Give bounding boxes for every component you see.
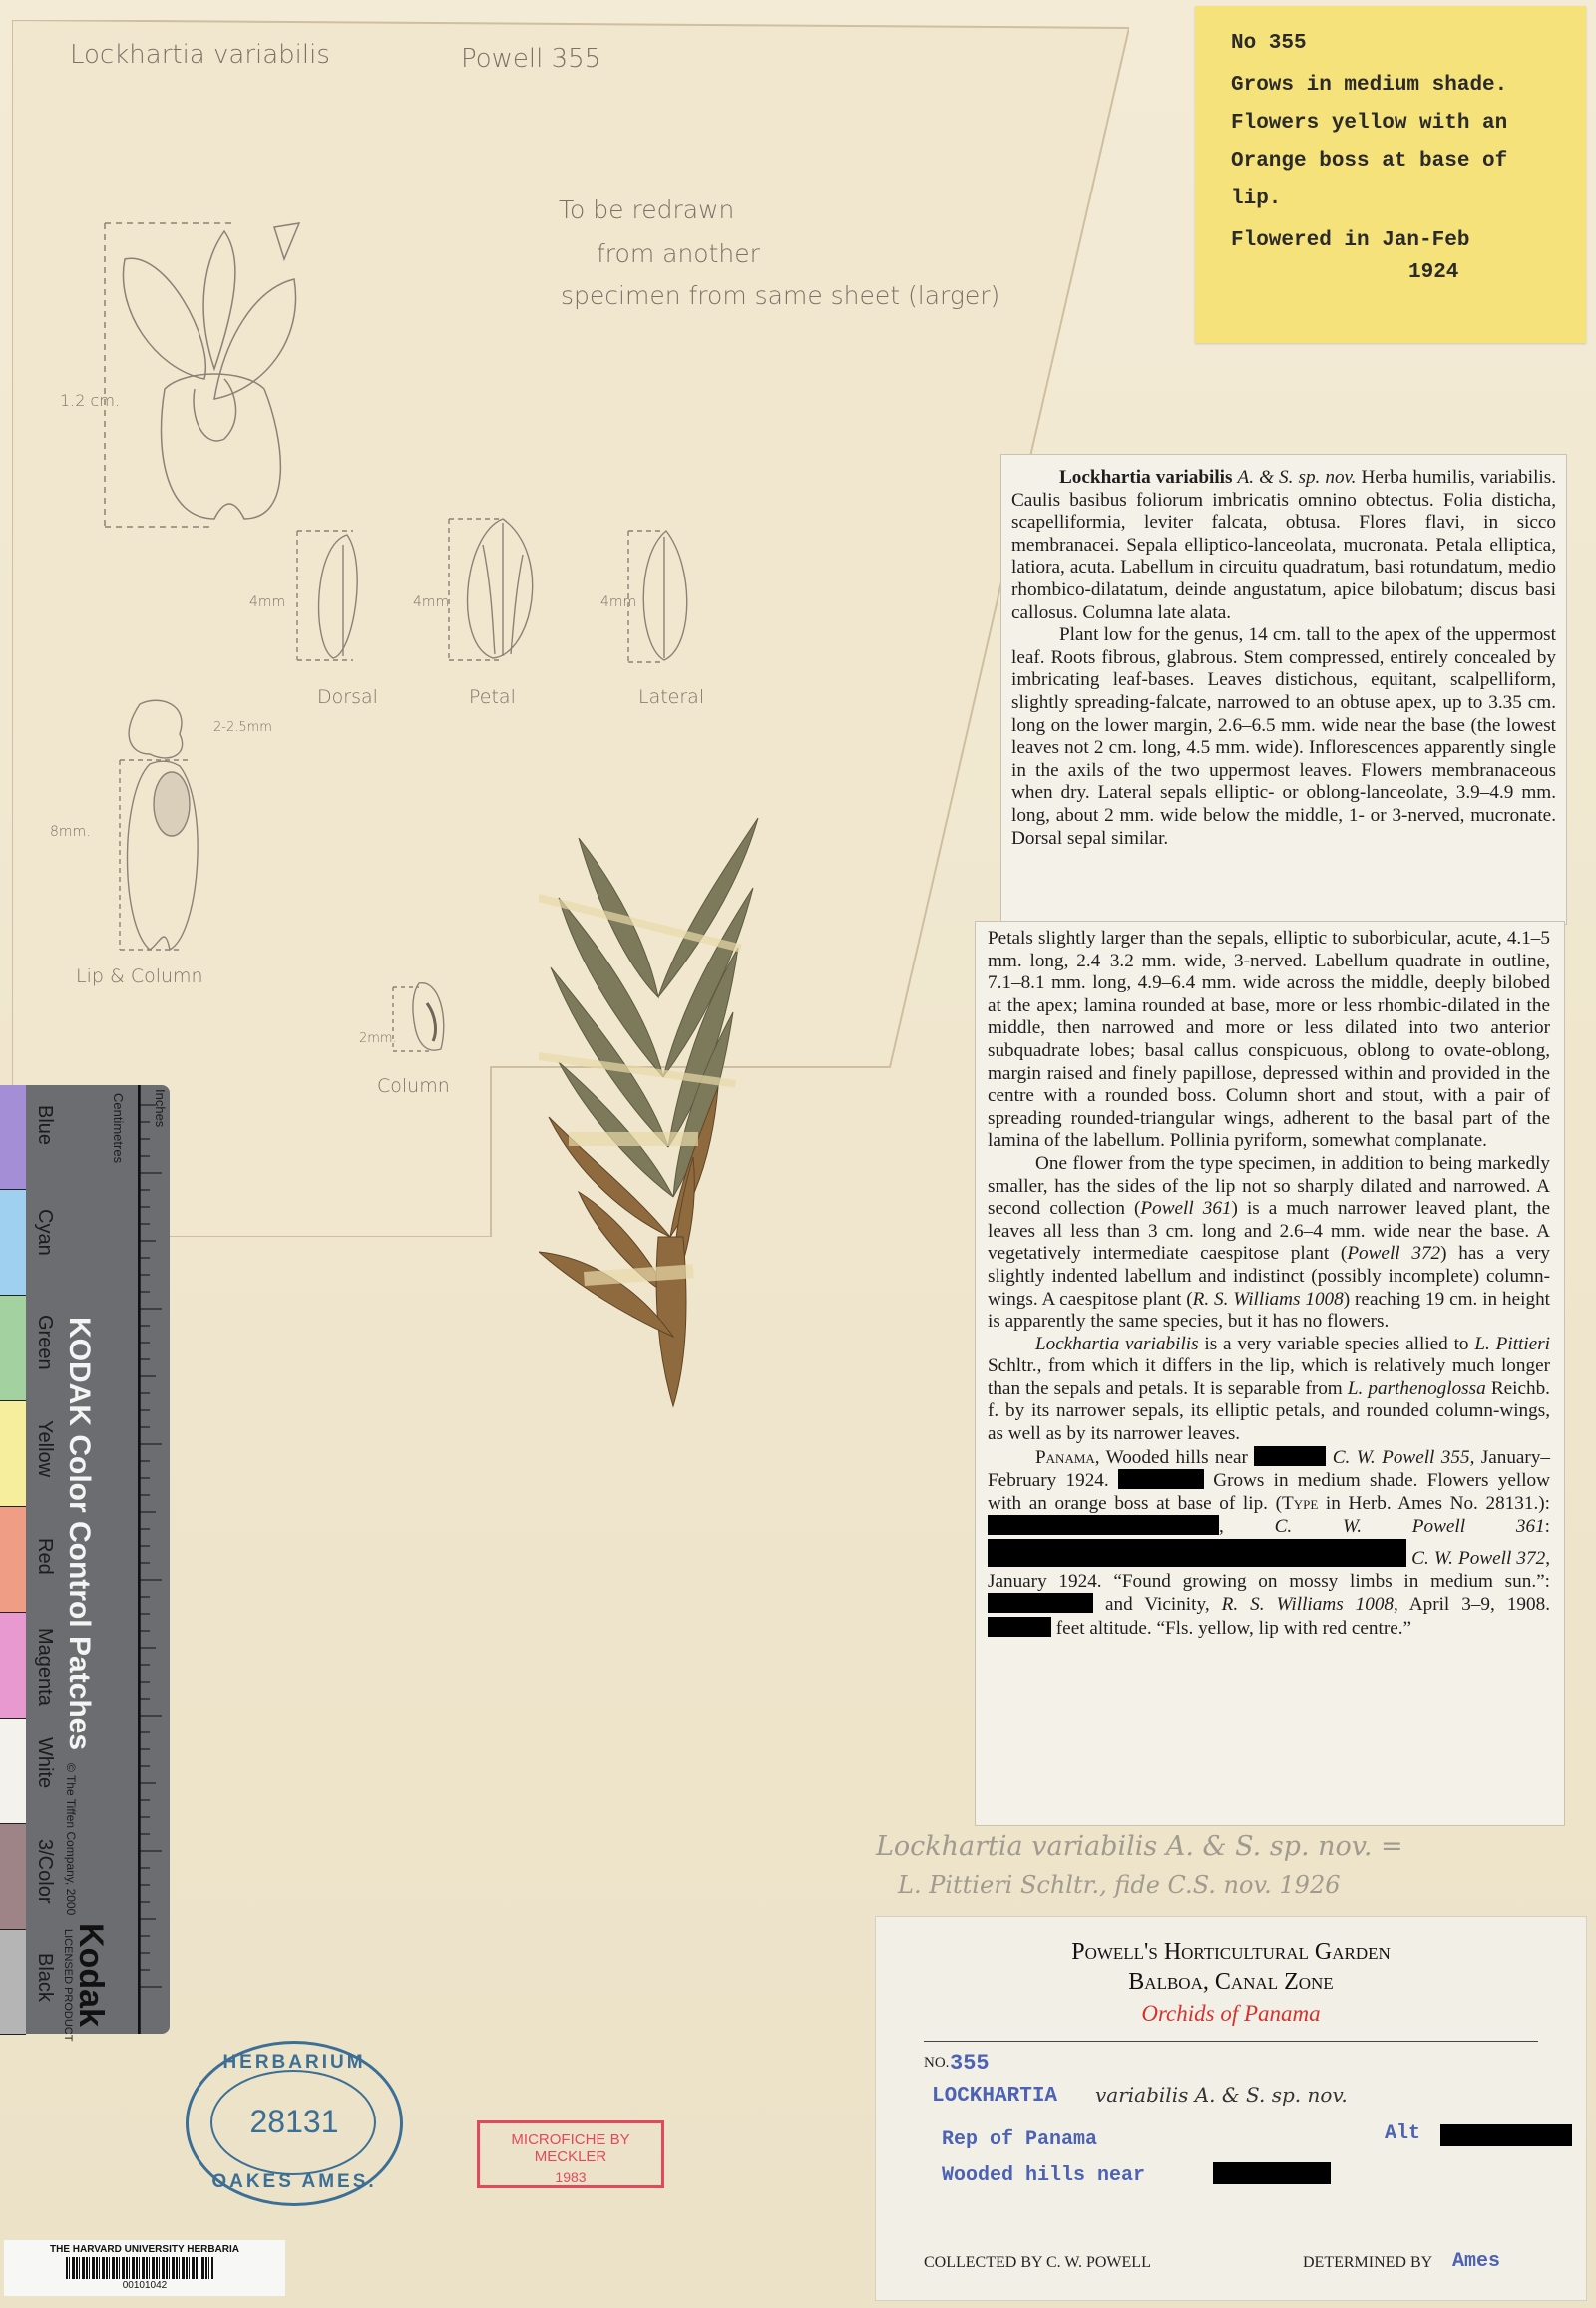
kodak-logo: Kodak — [71, 1923, 110, 2027]
label-series-title: Orchids of Panama — [876, 2001, 1586, 2027]
sticky-line-1: No 355 — [1231, 32, 1307, 55]
drawing-species-header: Lockhartia variabilis — [70, 40, 330, 70]
ruler-ticks-icon — [140, 1085, 170, 2034]
herbarium-stamp-top: HERBARIUM — [189, 2052, 400, 2074]
dorsal-label: Dorsal — [317, 686, 378, 708]
column-drawing-icon — [389, 977, 459, 1057]
dorsal-sepal-drawing-icon — [293, 525, 383, 664]
patch-label-white: White — [33, 1737, 56, 1788]
description-paragraph-1: Plant low for the genus, 14 cm. tall to … — [1011, 624, 1556, 850]
patch-label-yellow: Yellow — [33, 1420, 56, 1477]
lateral-scale-label: 4mm — [600, 594, 636, 610]
sticky-line-5: lip. — [1231, 188, 1281, 210]
label-number-caption: NO. — [924, 2055, 949, 2072]
patch-label-3color: 3/Color — [33, 1839, 56, 1903]
lip-scale-label: 8mm. — [50, 824, 91, 840]
color-patches — [0, 1085, 26, 2220]
label-location: Balboa, Canal Zone — [876, 1969, 1586, 1996]
petal-drawing-icon — [443, 515, 553, 664]
herbarium-stamp-number: 28131 — [189, 2104, 400, 2140]
patch-label-cyan: Cyan — [33, 1209, 56, 1256]
herbarium-stamp-bottom: OAKES AMES. — [189, 2171, 400, 2193]
kodak-color-chart: Inches Centimetres KODAK Color Control P… — [0, 1085, 170, 2220]
patch-red — [0, 1507, 26, 1613]
label-divider — [924, 2041, 1538, 2042]
publication-clipping-2: Petals slightly larger than the sepals, … — [976, 922, 1564, 1825]
label-species-handwritten: variabilis A. & S. sp. nov. — [1095, 2083, 1348, 2107]
field-note-sticky: No 355 Grows in medium shade. Flowers ye… — [1195, 6, 1586, 343]
barcode-number: 00101042 — [4, 2280, 285, 2291]
label-locality: Wooded hills near — [942, 2164, 1145, 2187]
determination-annotation-line-2: L. Pittieri Schltr., fide C.S. nov. 1926 — [898, 1871, 1340, 1899]
label-country: Rep of Panama — [942, 2128, 1097, 2151]
color-chart-title: KODAK Color Control Patches — [62, 1317, 96, 1750]
drawing-collector-header: Powell 355 — [461, 44, 600, 74]
microfiche-stamp-line-1: MICROFICHE BY MECKLER — [480, 2131, 661, 2165]
herbarium-sheet: Lockhartia variabilis Powell 355 To be r… — [0, 0, 1596, 2308]
redaction-block — [988, 1515, 1219, 1535]
patch-green — [0, 1296, 26, 1401]
patch-black — [0, 1930, 26, 2035]
column-scale-label: 2mm. — [359, 1031, 397, 1046]
variation-paragraph: One flower from the type specimen, in ad… — [988, 1153, 1550, 1334]
lateral-sepal-drawing-icon — [624, 527, 714, 666]
dorsal-scale-label: 4mm — [249, 594, 285, 610]
sticky-line-6: Flowered in Jan-Feb — [1231, 229, 1469, 252]
patch-yellow — [0, 1401, 26, 1507]
color-chart-copyright: © The Tiffen Company, 2000 — [64, 1763, 78, 1915]
sticky-line-3: Flowers yellow with an — [1231, 112, 1507, 135]
petal-label: Petal — [469, 686, 516, 708]
ruler-units-inches: Inches — [153, 1089, 168, 1127]
lip-column-drawing-icon — [80, 694, 219, 973]
flower-drawing-icon — [95, 219, 354, 529]
species-authority: A. & S. sp. nov. — [1238, 467, 1357, 488]
lip-top-scale-label: 2-2.5mm — [213, 720, 272, 735]
affinity-paragraph: Lockhartia variabilis is a very variable… — [988, 1334, 1550, 1446]
label-institution: Powell's Horticultural Garden — [876, 1939, 1586, 1966]
latin-diagnosis-text: Herba humilis, variabilis. Caulis basibu… — [1011, 467, 1556, 623]
barcode-label: THE HARVARD UNIVERSITY HERBARIA 00101042 — [4, 2240, 285, 2296]
redaction-block — [988, 1593, 1093, 1613]
flower-scale-label: 1.2 cm. — [60, 391, 120, 410]
patch-label-magenta: Magenta — [33, 1628, 56, 1706]
patch-label-black: Black — [33, 1953, 56, 2002]
patch-label-red: Red — [33, 1538, 56, 1575]
determination-annotation-line-1: Lockhartia variabilis A. & S. sp. nov. = — [876, 1831, 1403, 1862]
redaction-block — [1254, 1446, 1326, 1466]
microfiche-stamp: MICROFICHE BY MECKLER 1983 — [477, 2120, 664, 2188]
kodak-licensed: LICENSED PRODUCT — [62, 1929, 74, 2041]
patch-label-green: Green — [33, 1315, 56, 1370]
publication-clipping-1: Lockhartia variabilis A. & S. sp. nov. H… — [1001, 455, 1566, 924]
latin-diagnosis: Lockhartia variabilis A. & S. sp. nov. H… — [1011, 467, 1556, 624]
sticky-line-7: 1924 — [1408, 261, 1458, 284]
lateral-label: Lateral — [638, 686, 704, 708]
label-collector: COLLECTED BY C. W. POWELL — [924, 2254, 1151, 2272]
label-number-value: 355 — [950, 2051, 990, 2076]
sticky-line-2: Grows in medium shade. — [1231, 74, 1507, 97]
patch-blue — [0, 1085, 26, 1190]
label-genus: LOCKHARTIA — [932, 2085, 1057, 2108]
species-title: Lockhartia variabilis — [1059, 467, 1232, 488]
barcode-bars-icon — [66, 2257, 213, 2279]
petal-scale-label: 4mm — [413, 594, 449, 610]
patch-3color — [0, 1824, 26, 1930]
specimens-paragraph: Panama, Wooded hills near C. W. Powell 3… — [988, 1446, 1550, 1641]
description-paragraph-2: Petals slightly larger than the sepals, … — [988, 928, 1550, 1153]
label-determiner-value: Ames — [1452, 2250, 1500, 2273]
patch-white — [0, 1719, 26, 1824]
collection-label: Powell's Horticultural Garden Balboa, Ca… — [876, 1917, 1586, 2300]
lip-column-label: Lip & Column — [76, 965, 203, 987]
patch-magenta — [0, 1613, 26, 1719]
ruler-units-cm: Centimetres — [111, 1093, 126, 1163]
redaction-block — [1118, 1469, 1204, 1489]
barcode-institution: THE HARVARD UNIVERSITY HERBARIA — [4, 2244, 285, 2255]
redaction-block — [1213, 2162, 1331, 2184]
pressed-plant-specimen-icon — [539, 798, 838, 1576]
column-label: Column — [377, 1075, 450, 1097]
sticky-line-4: Orange boss at base of — [1231, 150, 1507, 173]
cm-scale-line — [138, 1085, 140, 2034]
herbarium-stamp: HERBARIUM 28131 OAKES AMES. — [186, 2041, 403, 2206]
redaction-block — [988, 1539, 1406, 1567]
microfiche-stamp-line-2: 1983 — [480, 2169, 661, 2185]
patch-cyan — [0, 1190, 26, 1296]
drawing-note-line-2: from another — [597, 239, 760, 268]
drawing-note-line-1: To be redrawn — [559, 195, 734, 224]
label-altitude-caption: Alt — [1385, 2122, 1420, 2145]
patch-label-blue: Blue — [33, 1105, 56, 1145]
drawing-note-line-3: specimen from same sheet (larger) — [561, 281, 999, 310]
label-determiner-caption: DETERMINED BY — [1303, 2254, 1432, 2272]
redaction-block — [988, 1617, 1051, 1637]
redaction-block — [1440, 2124, 1572, 2146]
